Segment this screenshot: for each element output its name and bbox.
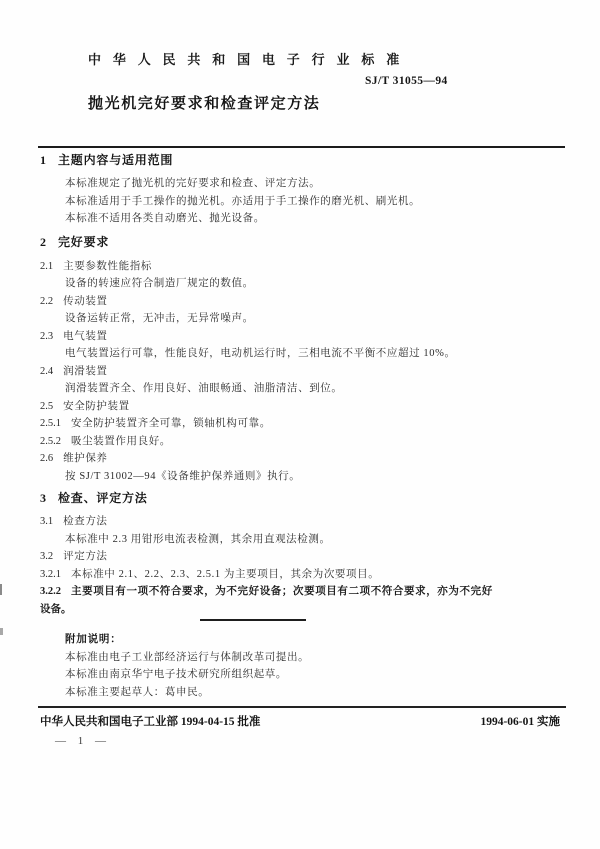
section-title: 主题内容与适用范围 bbox=[58, 153, 173, 167]
clause-2-5-1: 2.5.1安全防护装置齐全可靠，锁轴机构可靠。 bbox=[40, 415, 565, 433]
clause-number: 2.2 bbox=[40, 296, 53, 307]
clause-text: 安全防护装置齐全可靠，锁轴机构可靠。 bbox=[71, 418, 271, 429]
paragraph-2-1: 设备的转速应符合制造厂规定的数值。 bbox=[65, 275, 565, 293]
clause-title: 主要参数性能指标 bbox=[63, 261, 152, 272]
paragraph-1-3: 本标准不适用各类自动磨光、抛光设备。 bbox=[65, 210, 565, 228]
clause-2-6: 2.6维护保养 bbox=[40, 450, 565, 468]
additional-notes-line: 本标准主要起草人：葛申民。 bbox=[65, 684, 309, 702]
clause-2-5: 2.5安全防护装置 bbox=[40, 398, 565, 416]
section-title: 检查、评定方法 bbox=[58, 491, 148, 505]
section-number: 3 bbox=[40, 491, 46, 505]
clause-number: 2.6 bbox=[40, 453, 53, 464]
end-of-text-divider bbox=[200, 619, 306, 621]
footer: 中华人民共和国电子工业部 1994-04-15 批准 1994-06-01 实施 bbox=[40, 714, 560, 730]
section-title: 完好要求 bbox=[58, 235, 109, 249]
clause-title: 维护保养 bbox=[63, 453, 107, 464]
approval-statement: 中华人民共和国电子工业部 1994-04-15 批准 bbox=[40, 714, 260, 730]
clause-number: 3.2.2 bbox=[40, 586, 61, 597]
clause-2-3: 2.3电气装置 bbox=[40, 328, 565, 346]
standard-number: SJ/T 31055—94 bbox=[365, 75, 448, 87]
paragraph-3-1: 本标准中 2.3 用钳形电流表检测，其余用直观法检测。 bbox=[65, 531, 565, 549]
footer-divider bbox=[38, 706, 566, 708]
clause-2-5-2: 2.5.2吸尘装置作用良好。 bbox=[40, 433, 565, 451]
clause-number: 2.1 bbox=[40, 261, 53, 272]
clause-title: 电气装置 bbox=[63, 331, 107, 342]
section-3-heading: 3检查、评定方法 bbox=[40, 491, 565, 506]
additional-notes-line: 本标准由电子工业部经济运行与体制改革司提出。 bbox=[65, 649, 309, 667]
additional-notes: 附加说明： 本标准由电子工业部经济运行与体制改革司提出。 本标准由南京华宁电子技… bbox=[65, 631, 309, 701]
clause-number: 2.5.1 bbox=[40, 418, 61, 429]
clause-number: 3.2.1 bbox=[40, 569, 61, 580]
clause-title: 传动装置 bbox=[63, 296, 107, 307]
clause-title: 润滑装置 bbox=[63, 366, 107, 377]
paragraph-2-3: 电气装置运行可靠，性能良好，电动机运行时，三相电流不平衡不应超过 10%。 bbox=[65, 345, 565, 363]
section-1-heading: 1主题内容与适用范围 bbox=[40, 153, 565, 168]
clause-number: 2.3 bbox=[40, 331, 53, 342]
scan-artifact-tick bbox=[0, 584, 2, 595]
clause-2-1: 2.1主要参数性能指标 bbox=[40, 258, 565, 276]
clause-text: 吸尘装置作用良好。 bbox=[71, 436, 171, 447]
clause-title: 评定方法 bbox=[63, 551, 107, 562]
clause-2-2: 2.2传动装置 bbox=[40, 293, 565, 311]
clause-title: 安全防护装置 bbox=[63, 401, 130, 412]
paragraph-1-2: 本标准适用于手工操作的抛光机。亦适用于手工操作的磨光机、刷光机。 bbox=[65, 193, 565, 211]
clause-3-2-2-continuation: 设备。 bbox=[40, 601, 565, 619]
paragraph-2-6: 按 SJ/T 31002—94《设备维护保养通则》执行。 bbox=[65, 468, 565, 486]
additional-notes-heading: 附加说明： bbox=[65, 631, 309, 649]
standard-type-heading: 中 华 人 民 共 和 国 电 子 行 业 标 准 bbox=[88, 49, 404, 68]
clause-3-1: 3.1检查方法 bbox=[40, 513, 565, 531]
paragraph-2-4: 润滑装置齐全、作用良好、油眼畅通、油脂清洁、到位。 bbox=[65, 380, 565, 398]
page-number: — 1 — bbox=[55, 735, 106, 747]
clause-text: 主要项目有一项不符合要求，为不完好设备；次要项目有二项不符合要求，亦为不完好 bbox=[71, 586, 493, 597]
clause-2-4: 2.4润滑装置 bbox=[40, 363, 565, 381]
clause-number: 3.1 bbox=[40, 516, 53, 527]
clause-number: 3.2 bbox=[40, 551, 53, 562]
clause-3-2-2: 3.2.2主要项目有一项不符合要求，为不完好设备；次要项目有二项不符合要求，亦为… bbox=[40, 583, 565, 601]
document-page: 中 华 人 民 共 和 国 电 子 行 业 标 准 SJ/T 31055—94 … bbox=[0, 0, 600, 849]
section-2-heading: 2完好要求 bbox=[40, 235, 565, 250]
clause-text: 本标准中 2.1、2.2、2.3、2.5.1 为主要项目，其余为次要项目。 bbox=[71, 569, 379, 580]
clause-number: 2.4 bbox=[40, 366, 53, 377]
scan-artifact-tick bbox=[0, 628, 3, 635]
document-title: 抛光机完好要求和检查评定方法 bbox=[88, 92, 320, 113]
clause-title: 检查方法 bbox=[63, 516, 107, 527]
paragraph-2-2: 设备运转正常，无冲击，无异常噪声。 bbox=[65, 310, 565, 328]
section-number: 2 bbox=[40, 235, 46, 249]
header-divider bbox=[38, 146, 565, 148]
section-number: 1 bbox=[40, 153, 46, 167]
clause-3-2-1: 3.2.1本标准中 2.1、2.2、2.3、2.5.1 为主要项目，其余为次要项… bbox=[40, 566, 565, 584]
additional-notes-line: 本标准由南京华宁电子技术研究所组织起草。 bbox=[65, 666, 309, 684]
clause-number: 2.5.2 bbox=[40, 436, 61, 447]
clause-3-2: 3.2评定方法 bbox=[40, 548, 565, 566]
paragraph-1-1: 本标准规定了抛光机的完好要求和检查、评定方法。 bbox=[65, 175, 565, 193]
clause-number: 2.5 bbox=[40, 401, 53, 412]
document-body: 1主题内容与适用范围 本标准规定了抛光机的完好要求和检查、评定方法。 本标准适用… bbox=[40, 153, 565, 618]
implementation-date: 1994-06-01 实施 bbox=[480, 714, 560, 730]
